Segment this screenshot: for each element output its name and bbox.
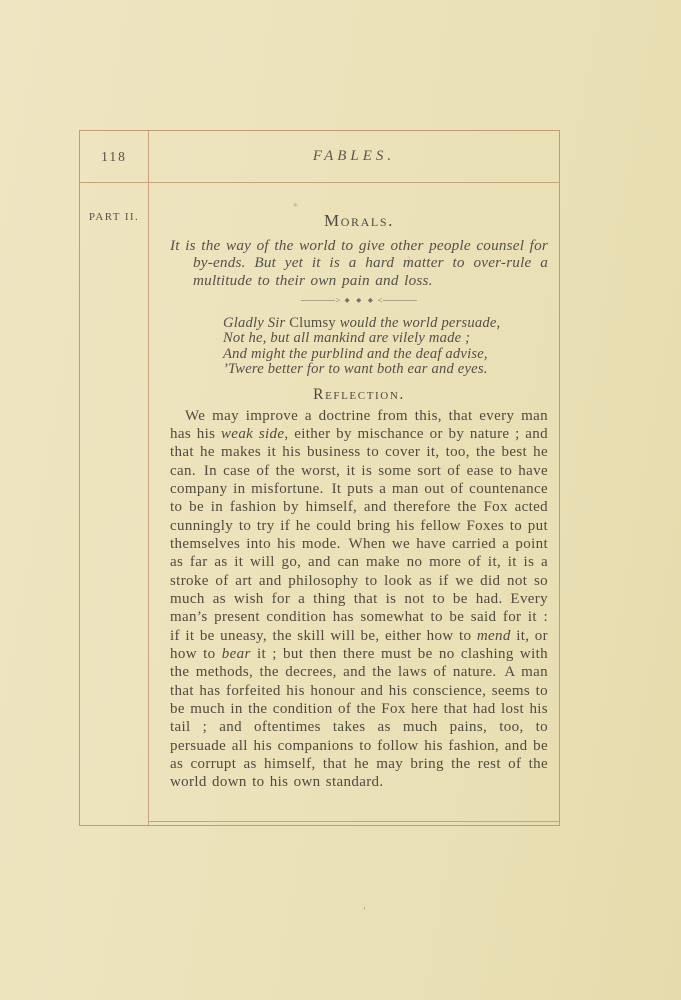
page-number-cell: 118 — [80, 131, 149, 183]
verse-line: And might the purblind and the deaf advi… — [223, 347, 548, 362]
scanned-book-page: 118 FABLES. PART II. Morals. It is the w… — [0, 0, 681, 1000]
text-segment: bear — [222, 646, 251, 662]
text-segment: , either by mischance or by nature ; and… — [170, 426, 548, 644]
verse: Gladly Sir Clumsy would the world persua… — [223, 316, 548, 378]
page-frame: 118 FABLES. PART II. Morals. It is the w… — [79, 130, 560, 826]
ornament-rule-left — [301, 300, 335, 301]
ornament-arrow-right-icon: > — [336, 297, 341, 305]
divider-ornament: > ◆ ◆ ◆ < — [170, 296, 548, 306]
main-column: Morals. It is the way of the world to gi… — [149, 183, 559, 825]
part-label: PART II. — [89, 211, 139, 223]
margin-column: PART II. — [80, 183, 149, 825]
verse-line: Gladly Sir Clumsy would the world persua… — [223, 316, 548, 331]
reflection-heading: Reflection. — [170, 386, 548, 404]
text-segment: mend — [477, 628, 511, 644]
running-title: FABLES. — [313, 148, 395, 165]
bottom-rule — [149, 821, 559, 822]
text-segment: Clumsy — [289, 315, 336, 331]
page-number: 118 — [101, 149, 127, 165]
text-segment: Gladly Sir — [223, 315, 289, 331]
morals-paragraph: It is the way of the world to give other… — [170, 237, 548, 289]
verse-line: Not he, but all mankind are vilely made … — [223, 331, 548, 346]
text-segment: And might the purblind and the deaf advi… — [223, 346, 488, 362]
ornament-diamonds-icon: ◆ ◆ ◆ — [343, 298, 376, 305]
reflection-paragraph: We may improve a doctrine from this, tha… — [170, 407, 548, 792]
text-segment: would the world persuade, — [336, 315, 501, 331]
text-segment: weak side — [221, 426, 284, 442]
ornament-rule-right — [383, 300, 417, 301]
scan-artifact: ’ — [362, 905, 367, 918]
verse-line: ’Twere better for to want both ear and e… — [223, 362, 548, 377]
text-segment: ’Twere better for to want both ear and e… — [223, 361, 488, 377]
text-segment: Not he, but all mankind are vilely made … — [223, 330, 470, 346]
ornament-arrow-left-icon: < — [377, 297, 382, 305]
text-segment: it ; but then there must be no clashing … — [170, 646, 548, 790]
morals-heading: Morals. — [170, 211, 548, 231]
header-row: FABLES. — [149, 131, 559, 183]
